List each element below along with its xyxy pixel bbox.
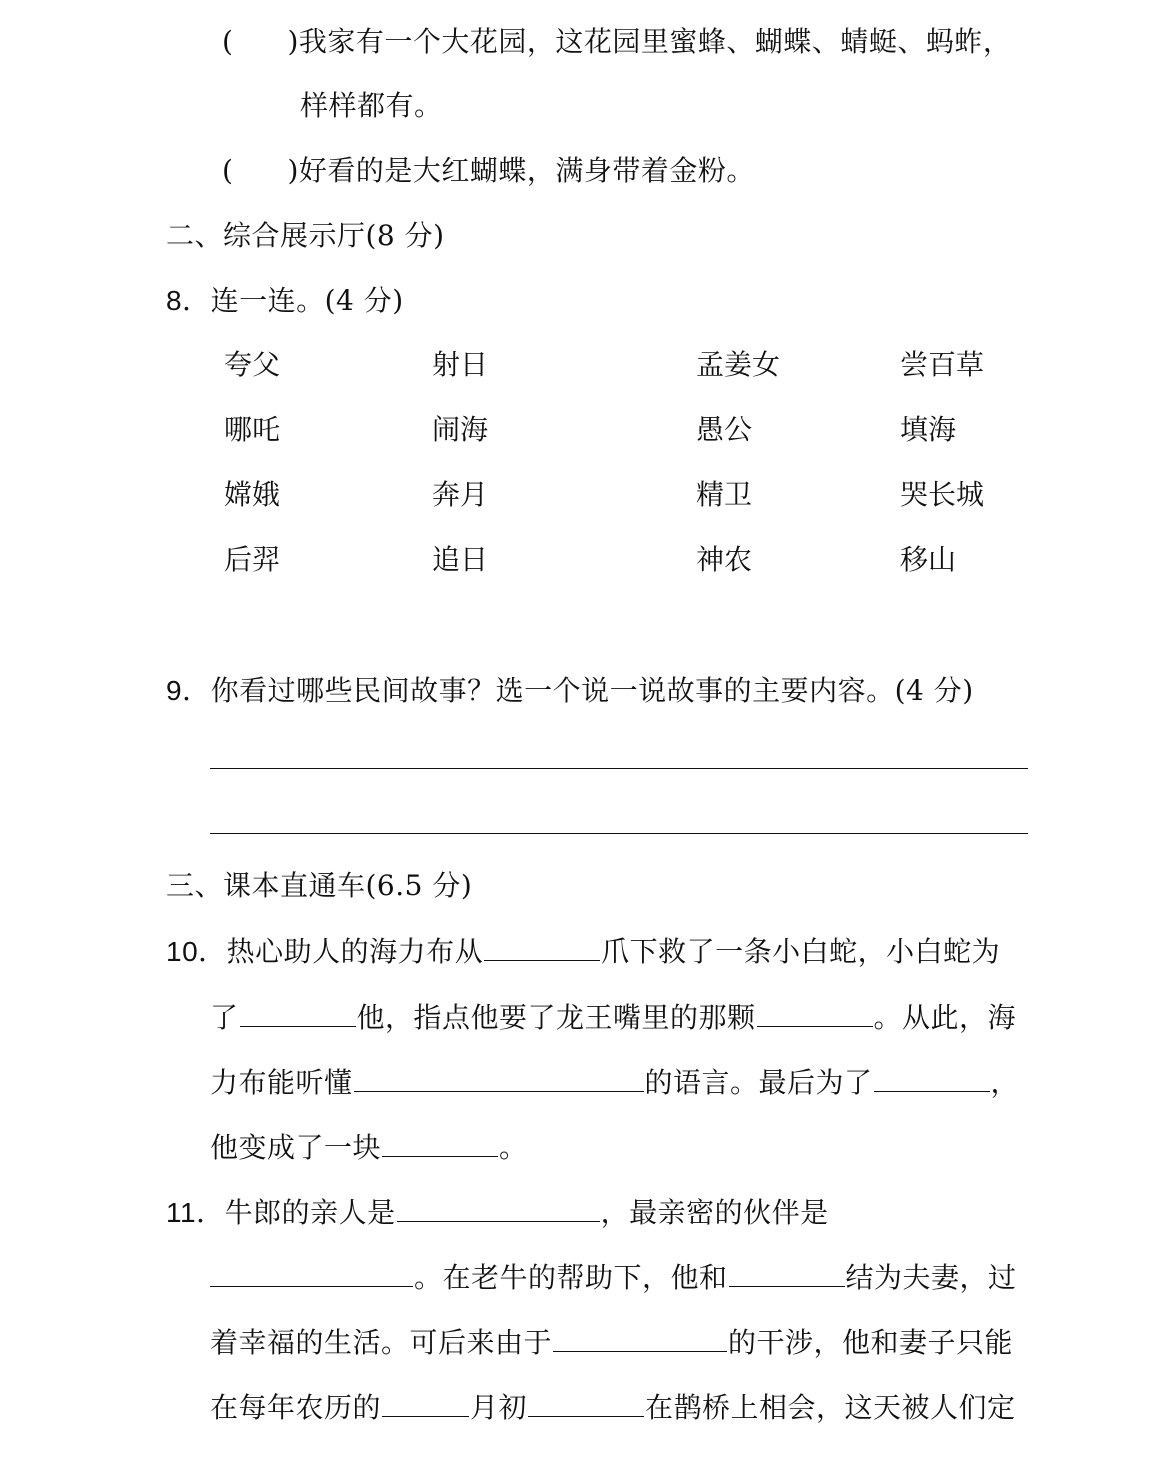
fill-blank[interactable] — [553, 1321, 727, 1352]
match-item[interactable]: 射日 — [432, 345, 488, 385]
q9-answer-line-2[interactable] — [210, 833, 1028, 834]
match-item[interactable]: 夸父 — [224, 345, 280, 385]
fill-blank[interactable] — [484, 930, 600, 961]
answer-paren-close: ) — [287, 25, 298, 58]
q10-text: 的语言。最后为了 — [645, 1066, 873, 1099]
section-heading-3: 三、课本直通车(6.5 分) — [166, 866, 472, 906]
fill-blank[interactable] — [354, 1061, 644, 1092]
q11-line-4: 在每年农历的月初在鹊桥上相会，这天被人们定 — [210, 1386, 1016, 1428]
match-item[interactable]: 精卫 — [696, 475, 752, 515]
fill-blank[interactable] — [397, 1191, 600, 1222]
answer-paren-open: ( — [222, 154, 233, 187]
q10-text: 。从此，海 — [874, 1001, 1017, 1034]
q9-number: 9． — [166, 675, 211, 706]
fill-blank[interactable] — [382, 1126, 498, 1157]
q8-prompt-line: 8．连一连。(4 分) — [166, 281, 404, 321]
q10-text: ， — [991, 1066, 1020, 1099]
q10-line-2: 了他，指点他要了龙王嘴里的那颗。从此，海 — [210, 996, 1016, 1038]
q7-item-1-text: 我家有一个大花园，这花园里蜜蜂、蝴蝶、蜻蜓、蚂蚱， — [299, 25, 1012, 58]
q10-line-3: 力布能听懂的语言。最后为了， — [210, 1061, 1019, 1103]
q10-text: 热心助人的海力布从 — [227, 935, 484, 968]
q10-text: 力布能听懂 — [210, 1066, 353, 1099]
answer-paren-close: ) — [287, 154, 298, 187]
fill-blank[interactable] — [757, 996, 873, 1027]
match-item[interactable]: 移山 — [900, 540, 956, 580]
match-item[interactable]: 闹海 — [432, 410, 488, 450]
q10-text: 他变成了一块 — [210, 1131, 381, 1164]
q11-line-2: 。在老牛的帮助下，他和结为夫妻，过 — [210, 1256, 1017, 1298]
q9-prompt-line: 9．你看过哪些民间故事？选一个说一说故事的主要内容。(4 分) — [166, 671, 974, 711]
match-item[interactable]: 哭长城 — [900, 475, 984, 515]
q8-number: 8． — [166, 285, 211, 316]
match-item[interactable]: 愚公 — [696, 410, 752, 450]
q9-answer-line-1[interactable] — [210, 768, 1028, 769]
q10-line-1: 10．热心助人的海力布从爪下救了一条小白蛇，小白蛇为 — [166, 930, 1000, 972]
q11-text: ，最亲密的伙伴是 — [601, 1196, 829, 1229]
q10-line-4: 他变成了一块。 — [210, 1126, 528, 1168]
q11-line-1: 11．牛郎的亲人是，最亲密的伙伴是 — [166, 1191, 829, 1233]
match-item[interactable]: 哪吒 — [224, 410, 280, 450]
match-item[interactable]: 嫦娥 — [224, 475, 280, 515]
fill-blank[interactable] — [528, 1386, 644, 1417]
q11-text: 着幸福的生活。可后来由于 — [210, 1326, 552, 1359]
fill-blank[interactable] — [210, 1256, 413, 1287]
q11-text: 。在老牛的帮助下，他和 — [414, 1261, 728, 1294]
q9-prompt: 你看过哪些民间故事？选一个说一说故事的主要内容。(4 分) — [211, 674, 974, 707]
q7-item-2-text: 好看的是大红蝴蝶，满身带着金粉。 — [299, 154, 755, 187]
match-item[interactable]: 孟姜女 — [696, 345, 780, 385]
q7-item-1-line1: ()我家有一个大花园，这花园里蜜蜂、蝴蝶、蜻蜓、蚂蚱， — [222, 22, 1011, 62]
q7-item-1-text-cont: 样样都有。 — [300, 89, 443, 122]
q11-text: 月初 — [470, 1391, 527, 1424]
fill-blank[interactable] — [729, 1256, 845, 1287]
q11-line-3: 着幸福的生活。可后来由于的干涉，他和妻子只能 — [210, 1321, 1013, 1363]
section-heading-2: 二、综合展示厅(8 分) — [166, 216, 445, 256]
q11-number: 11． — [166, 1197, 225, 1228]
q11-text: 在每年农历的 — [210, 1391, 381, 1424]
q10-text: 他，指点他要了龙王嘴里的那颗 — [357, 1001, 756, 1034]
q10-text: 。 — [499, 1131, 528, 1164]
fill-blank[interactable] — [382, 1386, 469, 1417]
q8-prompt: 连一连。(4 分) — [211, 284, 404, 317]
match-item[interactable]: 神农 — [696, 540, 752, 580]
q11-text: 在鹊桥上相会，这天被人们定 — [645, 1391, 1016, 1424]
match-item[interactable]: 尝百草 — [900, 345, 984, 385]
fill-blank[interactable] — [874, 1061, 990, 1092]
q11-text: 结为夫妻，过 — [846, 1261, 1017, 1294]
q11-text: 的干涉，他和妻子只能 — [728, 1326, 1013, 1359]
match-item[interactable]: 奔月 — [432, 475, 488, 515]
q7-item-2: ()好看的是大红蝴蝶，满身带着金粉。 — [222, 151, 755, 191]
match-item[interactable]: 填海 — [900, 410, 956, 450]
q10-text: 爪下救了一条小白蛇，小白蛇为 — [601, 935, 1000, 968]
match-item[interactable]: 后羿 — [224, 540, 280, 580]
q11-text: 牛郎的亲人是 — [225, 1196, 396, 1229]
fill-blank[interactable] — [240, 996, 356, 1027]
match-item[interactable]: 追日 — [432, 540, 488, 580]
q10-text: 了 — [210, 1001, 239, 1034]
answer-paren-open: ( — [222, 25, 233, 58]
q10-number: 10． — [166, 936, 227, 967]
q7-item-1-line2: 样样都有。 — [300, 86, 443, 126]
